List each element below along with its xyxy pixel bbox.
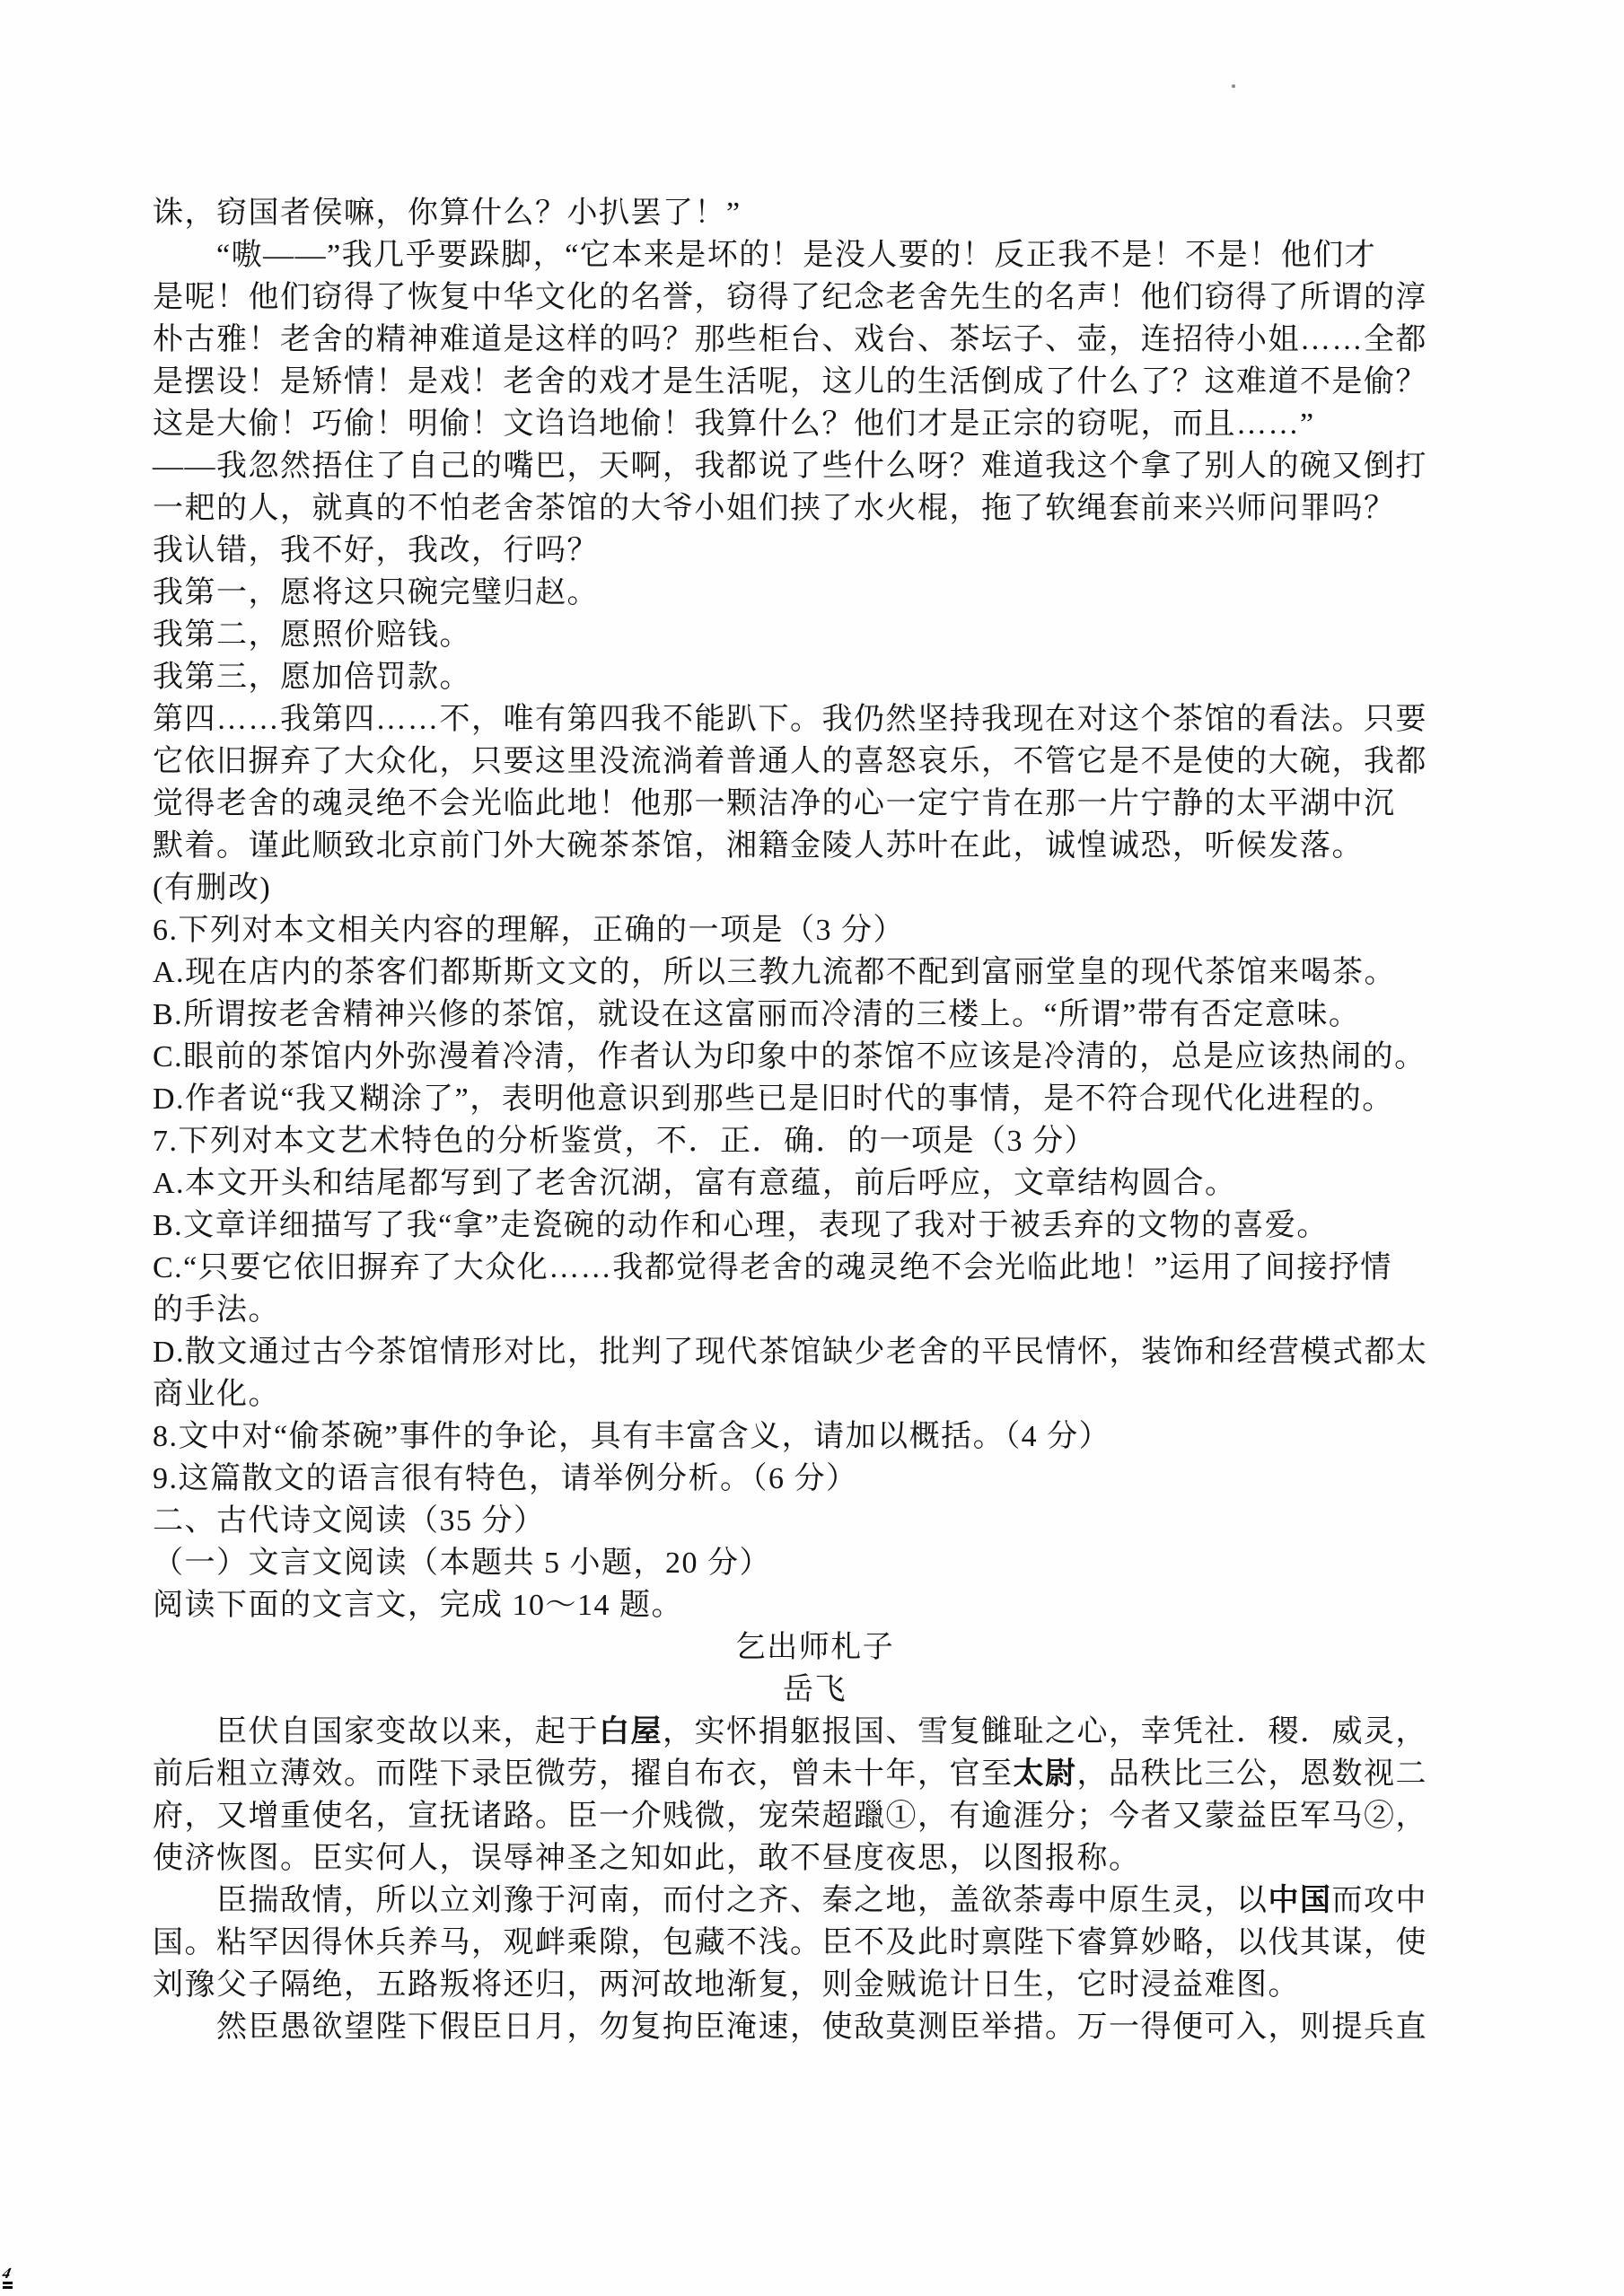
- question-7-option-d-cont: 商业化。: [153, 1373, 1477, 1415]
- bold-term: 太尉: [1014, 1757, 1077, 1791]
- classical-line: 臣揣敌情，所以立刘豫于河南，而付之齐、秦之地，盖欲荼毒中原生灵，以中国而攻中: [153, 1880, 1477, 1922]
- text-segment: 府，又增重使名，宣抚诸路。臣一介贱微，宠荣超躐①，有逾涯分；今者又蒙益臣军马②，: [153, 1800, 1427, 1833]
- text-segment: 8.文中对“偷茶碗”事件的争论，具有丰富含义，请加以概括。（4 分）: [153, 1420, 1110, 1453]
- question-7-option-c: C.“只要它依旧摒弃了大众化……我都觉得老舍的魂灵绝不会光临此地！”运用了间接抒…: [153, 1247, 1477, 1289]
- text-segment: 这是大偷！巧偷！明偷！文诌诌地偷！我算什么？他们才是正宗的窃呢，而且……”: [153, 407, 1315, 441]
- text-segment: 臣伏自国家变故以来，起于: [216, 1715, 599, 1748]
- prose-line: 默着。谨此顺致北京前门外大碗茶茶馆，湘籍金陵人苏叶在此，诚惶诚恐，听候发落。: [153, 825, 1477, 867]
- text-segment: 它依旧摒弃了大众化，只要这里没流淌着普通人的喜怒哀乐，不管它是不是使的大碗，我都: [153, 745, 1427, 778]
- text-segment: 使济恢图。臣实何人，误辱神圣之知如此，敢不昼度夜思，以图报称。: [153, 1842, 1141, 1875]
- text-segment: 是呢！他们窃得了恢复中华文化的名誉，窃得了纪念老舍先生的名声！他们窃得了所谓的淳: [153, 281, 1427, 314]
- instruction-line: 阅读下面的文言文，完成 10～14 题。: [153, 1584, 1477, 1626]
- question-6-option-d: D.作者说“我又糊涂了”，表明他意识到那些已是旧时代的事情，是不符合现代化进程的…: [153, 1078, 1477, 1120]
- text-segment: 我第二，愿照价赔钱。: [153, 618, 471, 652]
- prose-line: 它依旧摒弃了大众化，只要这里没流淌着普通人的喜怒哀乐，不管它是不是使的大碗，我都: [153, 741, 1477, 783]
- classical-line: 然臣愚欲望陛下假臣日月，勿复拘臣淹速，使敌莫测臣举措。万一得便可入，则提兵直: [153, 2006, 1477, 2048]
- classical-title: 乞出师札子: [153, 1626, 1477, 1669]
- text-segment: D.散文通过古今茶馆情形对比，批判了现代茶馆缺少老舍的平民情怀，装饰和经营模式都…: [153, 1336, 1428, 1369]
- text-segment: 臣揣敌情，所以立刘豫于河南，而付之齐、秦之地，盖欲荼毒中原生灵，以: [216, 1884, 1268, 1917]
- prose-line: 朴古雅！老舍的精神难道是这样的吗？那些柜台、戏台、茶坛子、壶，连招待小姐……全都: [153, 319, 1477, 361]
- classical-line: 前后粗立薄效。而陛下录臣微劳，擢自布衣，曾未十年，官至太尉，品秩比三公，恩数视二: [153, 1753, 1477, 1795]
- scan-artifact: 4: [3, 2267, 22, 2289]
- text-segment: ，品秩比三公，恩数视二: [1077, 1757, 1428, 1791]
- prose-line: 是摆设！是矫情！是戏！老舍的戏才是生活呢，这儿的生活倒成了什么了？这难道不是偷？: [153, 361, 1477, 403]
- text-segment: 9.这篇散文的语言很有特色，请举例分析。（6 分）: [153, 1462, 858, 1495]
- text-segment: D.作者说“我又糊涂了”，表明他意识到那些已是旧时代的事情，是不符合现代化进程的…: [153, 1082, 1394, 1116]
- text-segment: 第四……我第四……不，唯有第四我不能趴下。我仍然坚持我现在对这个茶馆的看法。只要: [153, 703, 1427, 736]
- text-segment: 觉得老舍的魂灵绝不会光临此地！他那一颗洁净的心一定宁肯在那一片宁静的太平湖中沉: [153, 787, 1396, 820]
- scan-artifact-bar: [3, 2286, 13, 2289]
- question-7-option-c-cont: 的手法。: [153, 1289, 1477, 1331]
- text-segment: 是摆设！是矫情！是戏！老舍的戏才是生活呢，这儿的生活倒成了什么了？这难道不是偷？: [153, 365, 1427, 399]
- classical-line: 使济恢图。臣实何人，误辱神圣之知如此，敢不昼度夜思，以图报称。: [153, 1837, 1477, 1880]
- scan-artifact-glyph: 4: [0, 2267, 25, 2280]
- text-segment: 国。粘罕因得休兵养马，观衅乘隙，包藏不浅。臣不及此时禀陛下睿算妙略，以伐其谋，使: [153, 1926, 1427, 1959]
- question-6-option-c: C.眼前的茶馆内外弥漫着冷清，作者认为印象中的茶馆不应该是冷清的，总是应该热闹的…: [153, 1036, 1477, 1078]
- prose-line: 我第三，愿加倍罚款。: [153, 656, 1477, 698]
- classical-line: 刘豫父子隔绝，五路叛将还归，两河故地渐复，则金贼诡计日生，它时浸益难图。: [153, 1964, 1477, 2006]
- text-segment: 二、古代诗文阅读（35 分）: [153, 1504, 546, 1538]
- prose-line: 这是大偷！巧偷！明偷！文诌诌地偷！我算什么？他们才是正宗的窃呢，而且……”: [153, 403, 1477, 445]
- text-segment: 我第一，愿将这只碗完璧归赵。: [153, 576, 599, 609]
- text-segment: 前后粗立薄效。而陛下录臣微劳，擢自布衣，曾未十年，官至: [153, 1757, 1014, 1791]
- source-note: (有删改): [153, 867, 1477, 909]
- text-segment: C.“只要它依旧摒弃了大众化……我都觉得老舍的魂灵绝不会光临此地！”运用了间接抒…: [153, 1251, 1392, 1284]
- text-segment: B.文章详细描写了我“拿”走瓷碗的动作和心理，表现了我对于被丢弃的文物的喜爱。: [153, 1209, 1329, 1242]
- document-body: 诛，窃国者侯嘛，你算什么？小扒罢了！”“嗷——”我几乎要跺脚，“它本来是坏的！是…: [153, 192, 1477, 2048]
- document-page: 诛，窃国者侯嘛，你算什么？小扒罢了！”“嗷——”我几乎要跺脚，“它本来是坏的！是…: [0, 0, 1624, 2296]
- text-segment: 而攻中: [1332, 1884, 1428, 1917]
- text-segment: “嗷——”我几乎要跺脚，“它本来是坏的！是没人要的！反正我不是！不是！他们才: [216, 239, 1376, 272]
- text-segment: 商业化。: [153, 1378, 280, 1411]
- bold-term: 中国: [1268, 1884, 1332, 1917]
- classical-author: 岳飞: [153, 1669, 1477, 1711]
- subsection-heading: （一）文言文阅读（本题共 5 小题，20 分）: [153, 1542, 1477, 1584]
- text-segment: 朴古雅！老舍的精神难道是这样的吗？那些柜台、戏台、茶坛子、壶，连招待小姐……全都: [153, 323, 1427, 356]
- prose-line: 觉得老舍的魂灵绝不会光临此地！他那一颗洁净的心一定宁肯在那一片宁静的太平湖中沉: [153, 783, 1477, 825]
- text-segment: 6.下列对本文相关内容的理解，正确的一项是（3 分）: [153, 914, 905, 947]
- scan-artifact-bar: [3, 2282, 13, 2284]
- prose-line: 一耙的人，就真的不怕老舍茶馆的大爷小姐们挟了水火棍，拖了软绳套前来兴师问罪吗？: [153, 487, 1477, 530]
- text-segment: 的手法。: [153, 1293, 280, 1327]
- question-7: 7.下列对本文艺术特色的分析鉴赏，不．正．确．的一项是（3 分）: [153, 1120, 1477, 1162]
- text-segment: 阅读下面的文言文，完成 10～14 题。: [153, 1589, 683, 1622]
- section-heading: 二、古代诗文阅读（35 分）: [153, 1500, 1477, 1542]
- text-segment: A.本文开头和结尾都写到了老舍沉湖，富有意蕴，前后呼应，文章结构圆合。: [153, 1167, 1237, 1200]
- text-segment: 刘豫父子隔绝，五路叛将还归，两河故地渐复，则金贼诡计日生，它时浸益难图。: [153, 1968, 1300, 2002]
- classical-line: 臣伏自国家变故以来，起于白屋，实怀捐躯报国、雪复雠耻之心，幸凭社．稷．威灵，: [153, 1711, 1477, 1753]
- classical-line: 府，又增重使名，宣抚诸路。臣一介贱微，宠荣超躐①，有逾涯分；今者又蒙益臣军马②，: [153, 1795, 1477, 1837]
- question-9: 9.这篇散文的语言很有特色，请举例分析。（6 分）: [153, 1458, 1477, 1500]
- prose-line: 第四……我第四……不，唯有第四我不能趴下。我仍然坚持我现在对这个茶馆的看法。只要: [153, 698, 1477, 741]
- prose-line: 我第二，愿照价赔钱。: [153, 614, 1477, 656]
- prose-line: “嗷——”我几乎要跺脚，“它本来是坏的！是没人要的！反正我不是！不是！他们才: [153, 234, 1477, 276]
- classical-line: 国。粘罕因得休兵养马，观衅乘隙，包藏不浅。臣不及此时禀陛下睿算妙略，以伐其谋，使: [153, 1922, 1477, 1964]
- text-segment: 诛，窃国者侯嘛，你算什么？小扒罢了！”: [153, 197, 742, 230]
- text-segment: ——我忽然捂住了自己的嘴巴，天啊，我都说了些什么呀？难道我这个拿了别人的碗又倒打: [153, 450, 1427, 483]
- question-7-option-a: A.本文开头和结尾都写到了老舍沉湖，富有意蕴，前后呼应，文章结构圆合。: [153, 1162, 1477, 1205]
- text-segment: 我认错，我不好，我改，行吗？: [153, 534, 599, 567]
- text-segment: (有删改): [153, 872, 271, 905]
- text-segment: 岳飞: [783, 1673, 847, 1706]
- text-segment: 然臣愚欲望陛下假臣日月，勿复拘臣淹速，使敌莫测臣举措。万一得便可入，则提兵直: [216, 2011, 1427, 2044]
- text-segment: 7.下列对本文艺术特色的分析鉴赏，不．正．确．的一项是（3 分）: [153, 1125, 1096, 1158]
- question-7-option-d: D.散文通过古今茶馆情形对比，批判了现代茶馆缺少老舍的平民情怀，装饰和经营模式都…: [153, 1331, 1477, 1373]
- text-segment: B.所谓按老舍精神兴修的茶馆，就设在这富丽而冷清的三楼上。“所谓”带有否定意味。: [153, 998, 1360, 1031]
- text-segment: ，实怀捐躯报国、雪复雠耻之心，幸凭社．稷．威灵，: [663, 1715, 1427, 1748]
- text-segment: （一）文言文阅读（本题共 5 小题，20 分）: [153, 1547, 771, 1580]
- text-segment: 乞出师札子: [735, 1631, 895, 1664]
- text-segment: 一耙的人，就真的不怕老舍茶馆的大爷小姐们挟了水火棍，拖了软绳套前来兴师问罪吗？: [153, 492, 1396, 525]
- prose-line: 我认错，我不好，我改，行吗？: [153, 530, 1477, 572]
- question-6: 6.下列对本文相关内容的理解，正确的一项是（3 分）: [153, 909, 1477, 951]
- question-8: 8.文中对“偷茶碗”事件的争论，具有丰富含义，请加以概括。（4 分）: [153, 1415, 1477, 1458]
- prose-line: ——我忽然捂住了自己的嘴巴，天啊，我都说了些什么呀？难道我这个拿了别人的碗又倒打: [153, 445, 1477, 487]
- text-segment: 默着。谨此顺致北京前门外大碗茶茶馆，湘籍金陵人苏叶在此，诚惶诚恐，听候发落。: [153, 829, 1364, 863]
- prose-line: 我第一，愿将这只碗完璧归赵。: [153, 572, 1477, 614]
- prose-line: 是呢！他们窃得了恢复中华文化的名誉，窃得了纪念老舍先生的名声！他们窃得了所谓的淳: [153, 276, 1477, 319]
- question-6-option-a: A.现在店内的茶客们都斯斯文文的，所以三教九流都不配到富丽堂皇的现代茶馆来喝茶。: [153, 951, 1477, 994]
- text-segment: C.眼前的茶馆内外弥漫着冷清，作者认为印象中的茶馆不应该是冷清的，总是应该热闹的…: [153, 1040, 1426, 1074]
- question-7-option-b: B.文章详细描写了我“拿”走瓷碗的动作和心理，表现了我对于被丢弃的文物的喜爱。: [153, 1205, 1477, 1247]
- text-segment: A.现在店内的茶客们都斯斯文文的，所以三教九流都不配到富丽堂皇的现代茶馆来喝茶。: [153, 956, 1396, 989]
- bold-term: 白屋: [599, 1715, 663, 1748]
- prose-line: 诛，窃国者侯嘛，你算什么？小扒罢了！”: [153, 192, 1477, 234]
- text-segment: 我第三，愿加倍罚款。: [153, 661, 471, 694]
- scan-speck: [1232, 84, 1235, 88]
- question-6-option-b: B.所谓按老舍精神兴修的茶馆，就设在这富丽而冷清的三楼上。“所谓”带有否定意味。: [153, 994, 1477, 1036]
